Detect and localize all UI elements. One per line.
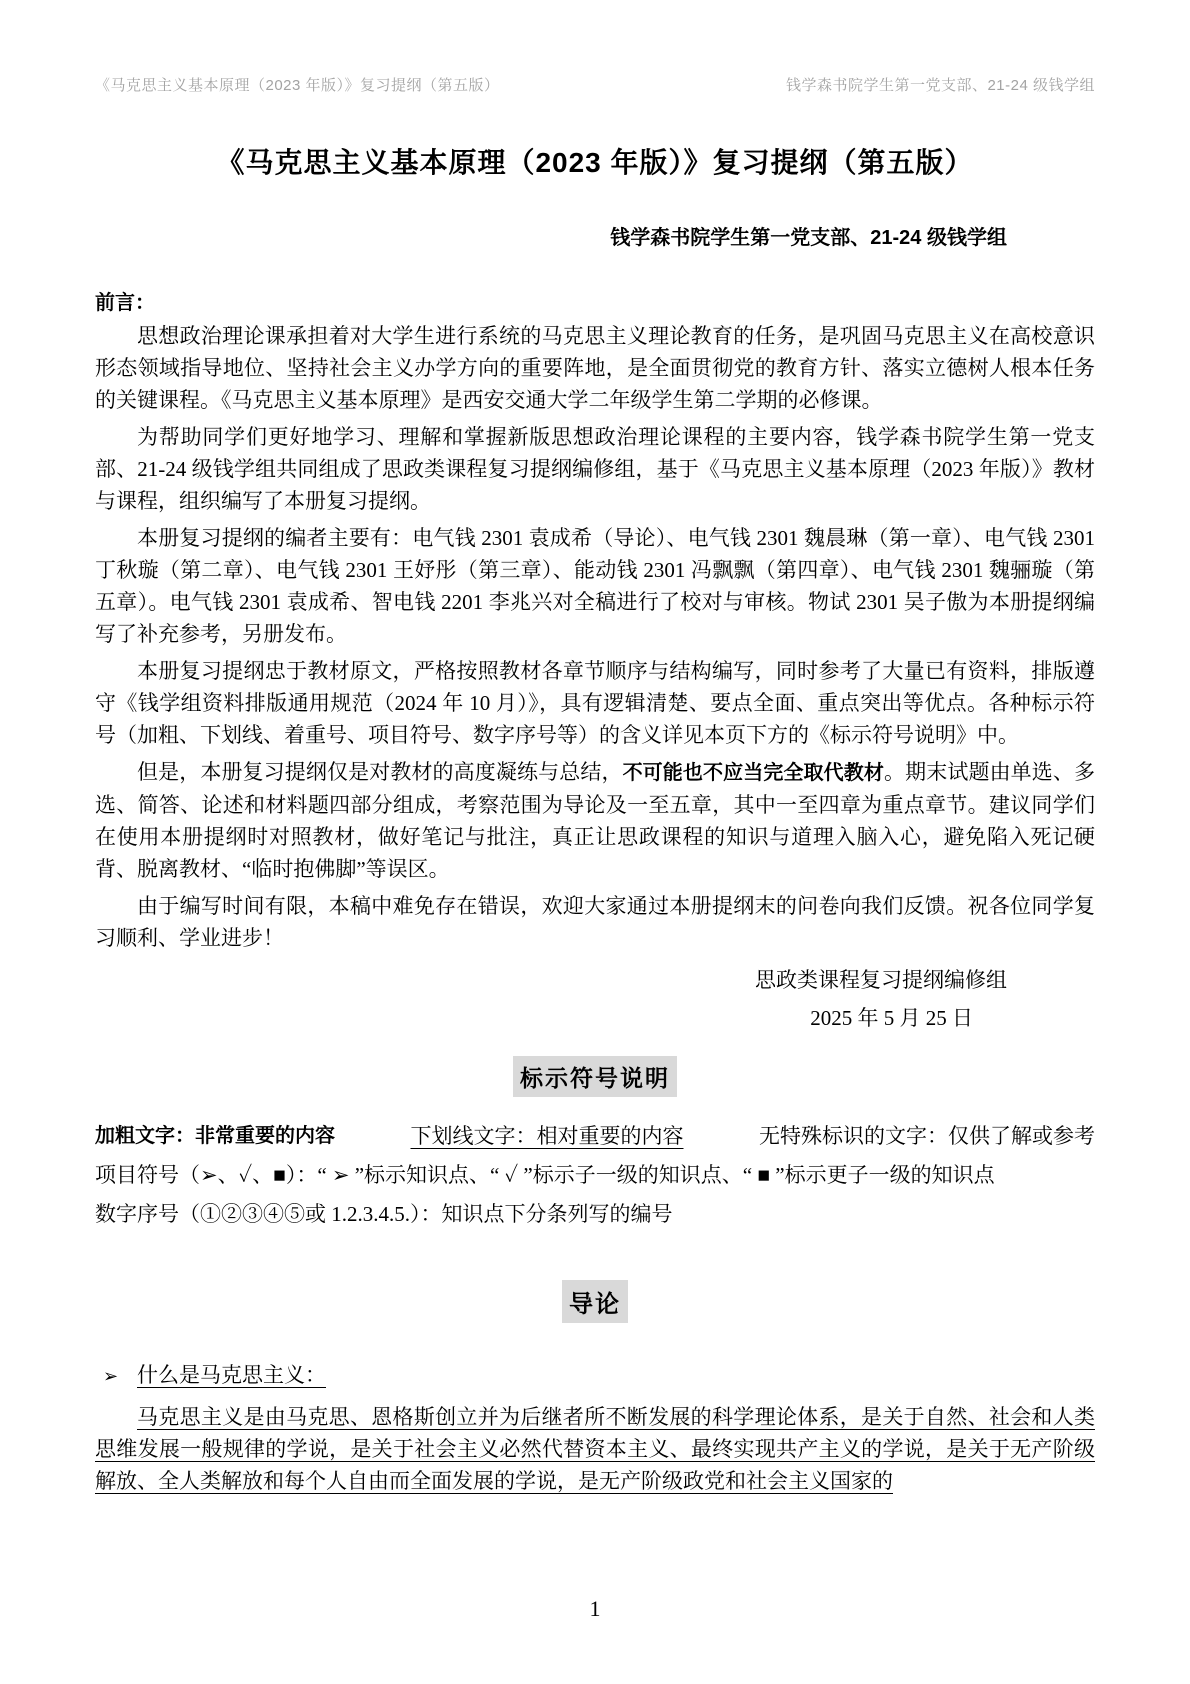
symbols-heading: 标示符号说明	[513, 1056, 677, 1097]
legend-underline-text: 下划线文字：相对重要的内容	[411, 1117, 684, 1156]
running-header-right: 钱学森书院学生第一党支部、21-24 级钱学组	[786, 74, 1095, 95]
running-header: 《马克思主义基本原理（2023 年版）》复习提纲（第五版） 钱学森书院学生第一党…	[95, 74, 1095, 95]
preface-paragraph-5-emphasis: 不可能也不应当完全取代教材	[623, 762, 884, 784]
preface-paragraph-3: 本册复习提纲的编者主要有：电气钱 2301 袁成希（导论）、电气钱 2301 魏…	[95, 522, 1095, 650]
document-title: 《马克思主义基本原理（2023 年版）》复习提纲（第五版）	[95, 141, 1095, 181]
page-number: 1	[0, 1596, 1190, 1622]
preface-paragraph-4: 本册复习提纲忠于教材原文，严格按照教材各章节顺序与结构编写，同时参考了大量已有资…	[95, 655, 1095, 751]
knowledge-point-body: 马克思主义是由马克思、恩格斯创立并为后继者所不断发展的科学理论体系，是关于自然、…	[95, 1401, 1095, 1497]
document-author: 钱学森书院学生第一党支部、21-24 级钱学组	[95, 221, 1095, 250]
preface-paragraph-6: 由于编写时间有限，本稿中难免存在错误，欢迎大家通过本册提纲末的问卷向我们反馈。祝…	[95, 890, 1095, 954]
preface-paragraph-5: 但是，本册复习提纲仅是对教材的高度凝练与总结，不可能也不应当完全取代教材。期末试…	[95, 756, 1095, 885]
symbols-section: 标示符号说明	[95, 1056, 1095, 1097]
preface-paragraph-2: 为帮助同学们更好地学习、理解和掌握新版思想政治理论课程的主要内容，钱学森书院学生…	[95, 421, 1095, 517]
legend-bold-text: 加粗文字：非常重要的内容	[95, 1117, 335, 1156]
legend-number-symbols: 数字序号（①②③④⑤或 1.2.3.4.5.）：知识点下分条列写的编号	[95, 1195, 1095, 1234]
arrowhead-bullet-icon: ➢	[95, 1361, 137, 1393]
signature: 思政类课程复习提纲编修组	[95, 964, 1095, 996]
document-page: 《马克思主义基本原理（2023 年版）》复习提纲（第五版） 钱学森书院学生第一党…	[0, 0, 1190, 1684]
preface-paragraph-1: 思想政治理论课承担着对大学生进行系统的马克思主义理论教育的任务，是巩固马克思主义…	[95, 320, 1095, 416]
intro-heading: 导论	[562, 1280, 628, 1323]
symbols-legend-row-styles: 加粗文字：非常重要的内容 下划线文字：相对重要的内容 无特殊标识的文字：仅供了解…	[95, 1117, 1095, 1156]
knowledge-point-row: ➢ 什么是马克思主义：	[95, 1359, 1095, 1393]
preface-paragraph-5-pre: 但是，本册复习提纲仅是对教材的高度凝练与总结，	[137, 760, 623, 784]
legend-bullet-symbols: 项目符号（➢、✓、■）：“ ➢ ”标示知识点、“ ✓ ”标示子一级的知识点、“ …	[95, 1156, 1095, 1195]
legend-plain-text: 无特殊标识的文字：仅供了解或参考	[759, 1117, 1095, 1156]
date: 2025 年 5 月 25 日	[95, 996, 1095, 1040]
preface-heading: 前言：	[95, 286, 1095, 315]
knowledge-point-title: 什么是马克思主义：	[137, 1359, 326, 1391]
symbols-legend: 加粗文字：非常重要的内容 下划线文字：相对重要的内容 无特殊标识的文字：仅供了解…	[95, 1117, 1095, 1234]
intro-section: 导论	[95, 1280, 1095, 1323]
running-header-left: 《马克思主义基本原理（2023 年版）》复习提纲（第五版）	[95, 74, 500, 95]
